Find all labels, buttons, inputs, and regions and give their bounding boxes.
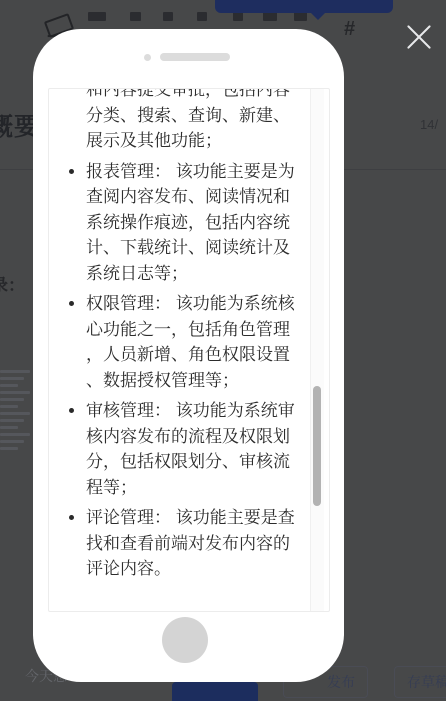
- tiny-text-line: [0, 384, 18, 387]
- tiny-text-line: [0, 440, 24, 443]
- toolbar-icon[interactable]: [294, 12, 307, 21]
- hash-icon[interactable]: #: [344, 18, 355, 41]
- toolbar-icon[interactable]: [197, 12, 207, 21]
- publish-button-label: 发布: [327, 672, 355, 692]
- phone-preview-modal: 和内容提交审批，包括内容分类、搜索、查询、新建、展示及其他功能； 报表管理： 该…: [33, 29, 344, 682]
- tiny-text-line: [0, 405, 18, 408]
- doc-label-fragment: 录：: [0, 271, 25, 296]
- list-item: 权限管理： 该功能为系统核心功能之一，包括角色管理，人员新增、角色权限设置、数据…: [66, 291, 301, 393]
- paragraph-continuation: 和内容提交审批，包括内容分类、搜索、查询、新建、展示及其他功能；: [86, 88, 301, 154]
- save-draft-button-label: 存草稿: [407, 672, 446, 692]
- tiny-text-line: [0, 391, 30, 394]
- save-draft-button[interactable]: 存草稿: [394, 666, 446, 698]
- scrollbar-track: [310, 89, 324, 611]
- toolbar-icon[interactable]: [263, 12, 277, 21]
- toolbar-icon[interactable]: [233, 12, 243, 21]
- tiny-text-line: [0, 419, 24, 422]
- toolbar-icon[interactable]: [88, 12, 106, 21]
- toolbar-icon[interactable]: [163, 12, 173, 21]
- list-item: 报表管理： 该功能主要是为查阅内容发布、阅读情况和系统操作痕迹，包括内容统计、下…: [66, 159, 301, 287]
- page-indicator: 14/: [420, 117, 438, 132]
- speaker-bar-icon: [160, 53, 230, 61]
- bullet-list: 报表管理： 该功能主要是为查阅内容发布、阅读情况和系统操作痕迹，包括内容统计、下…: [66, 159, 301, 582]
- preview-content-area[interactable]: 和内容提交审批，包括内容分类、搜索、查询、新建、展示及其他功能； 报表管理： 该…: [48, 88, 330, 612]
- primary-action-button[interactable]: [172, 682, 258, 701]
- toolbar-icon[interactable]: [130, 12, 141, 21]
- tiny-text-line: [0, 412, 30, 415]
- preview-text: 和内容提交审批，包括内容分类、搜索、查询、新建、展示及其他功能； 报表管理： 该…: [49, 88, 301, 587]
- tooltip-popup: [215, 0, 393, 13]
- list-item: 评论管理： 该功能主要是查找和查看前端对发布内容的评论内容。: [66, 505, 301, 582]
- home-button: [162, 617, 208, 663]
- list-item: 审核管理： 该功能为系统审核内容发布的流程及权限划分，包括权限划分、审核流程等；: [66, 398, 301, 500]
- screen-root: { "colors": { "backdrop_gray": "#474849"…: [0, 0, 446, 701]
- close-icon[interactable]: [404, 22, 434, 52]
- tiny-text-line: [0, 398, 24, 401]
- tiny-text-line: [0, 447, 18, 450]
- scrollbar-thumb[interactable]: [313, 386, 321, 506]
- tiny-text-line: [0, 370, 30, 373]
- tiny-text-line: [0, 377, 24, 380]
- tiny-text-line: [0, 433, 30, 436]
- tiny-text-line: [0, 426, 18, 429]
- camera-dot-icon: [144, 54, 151, 61]
